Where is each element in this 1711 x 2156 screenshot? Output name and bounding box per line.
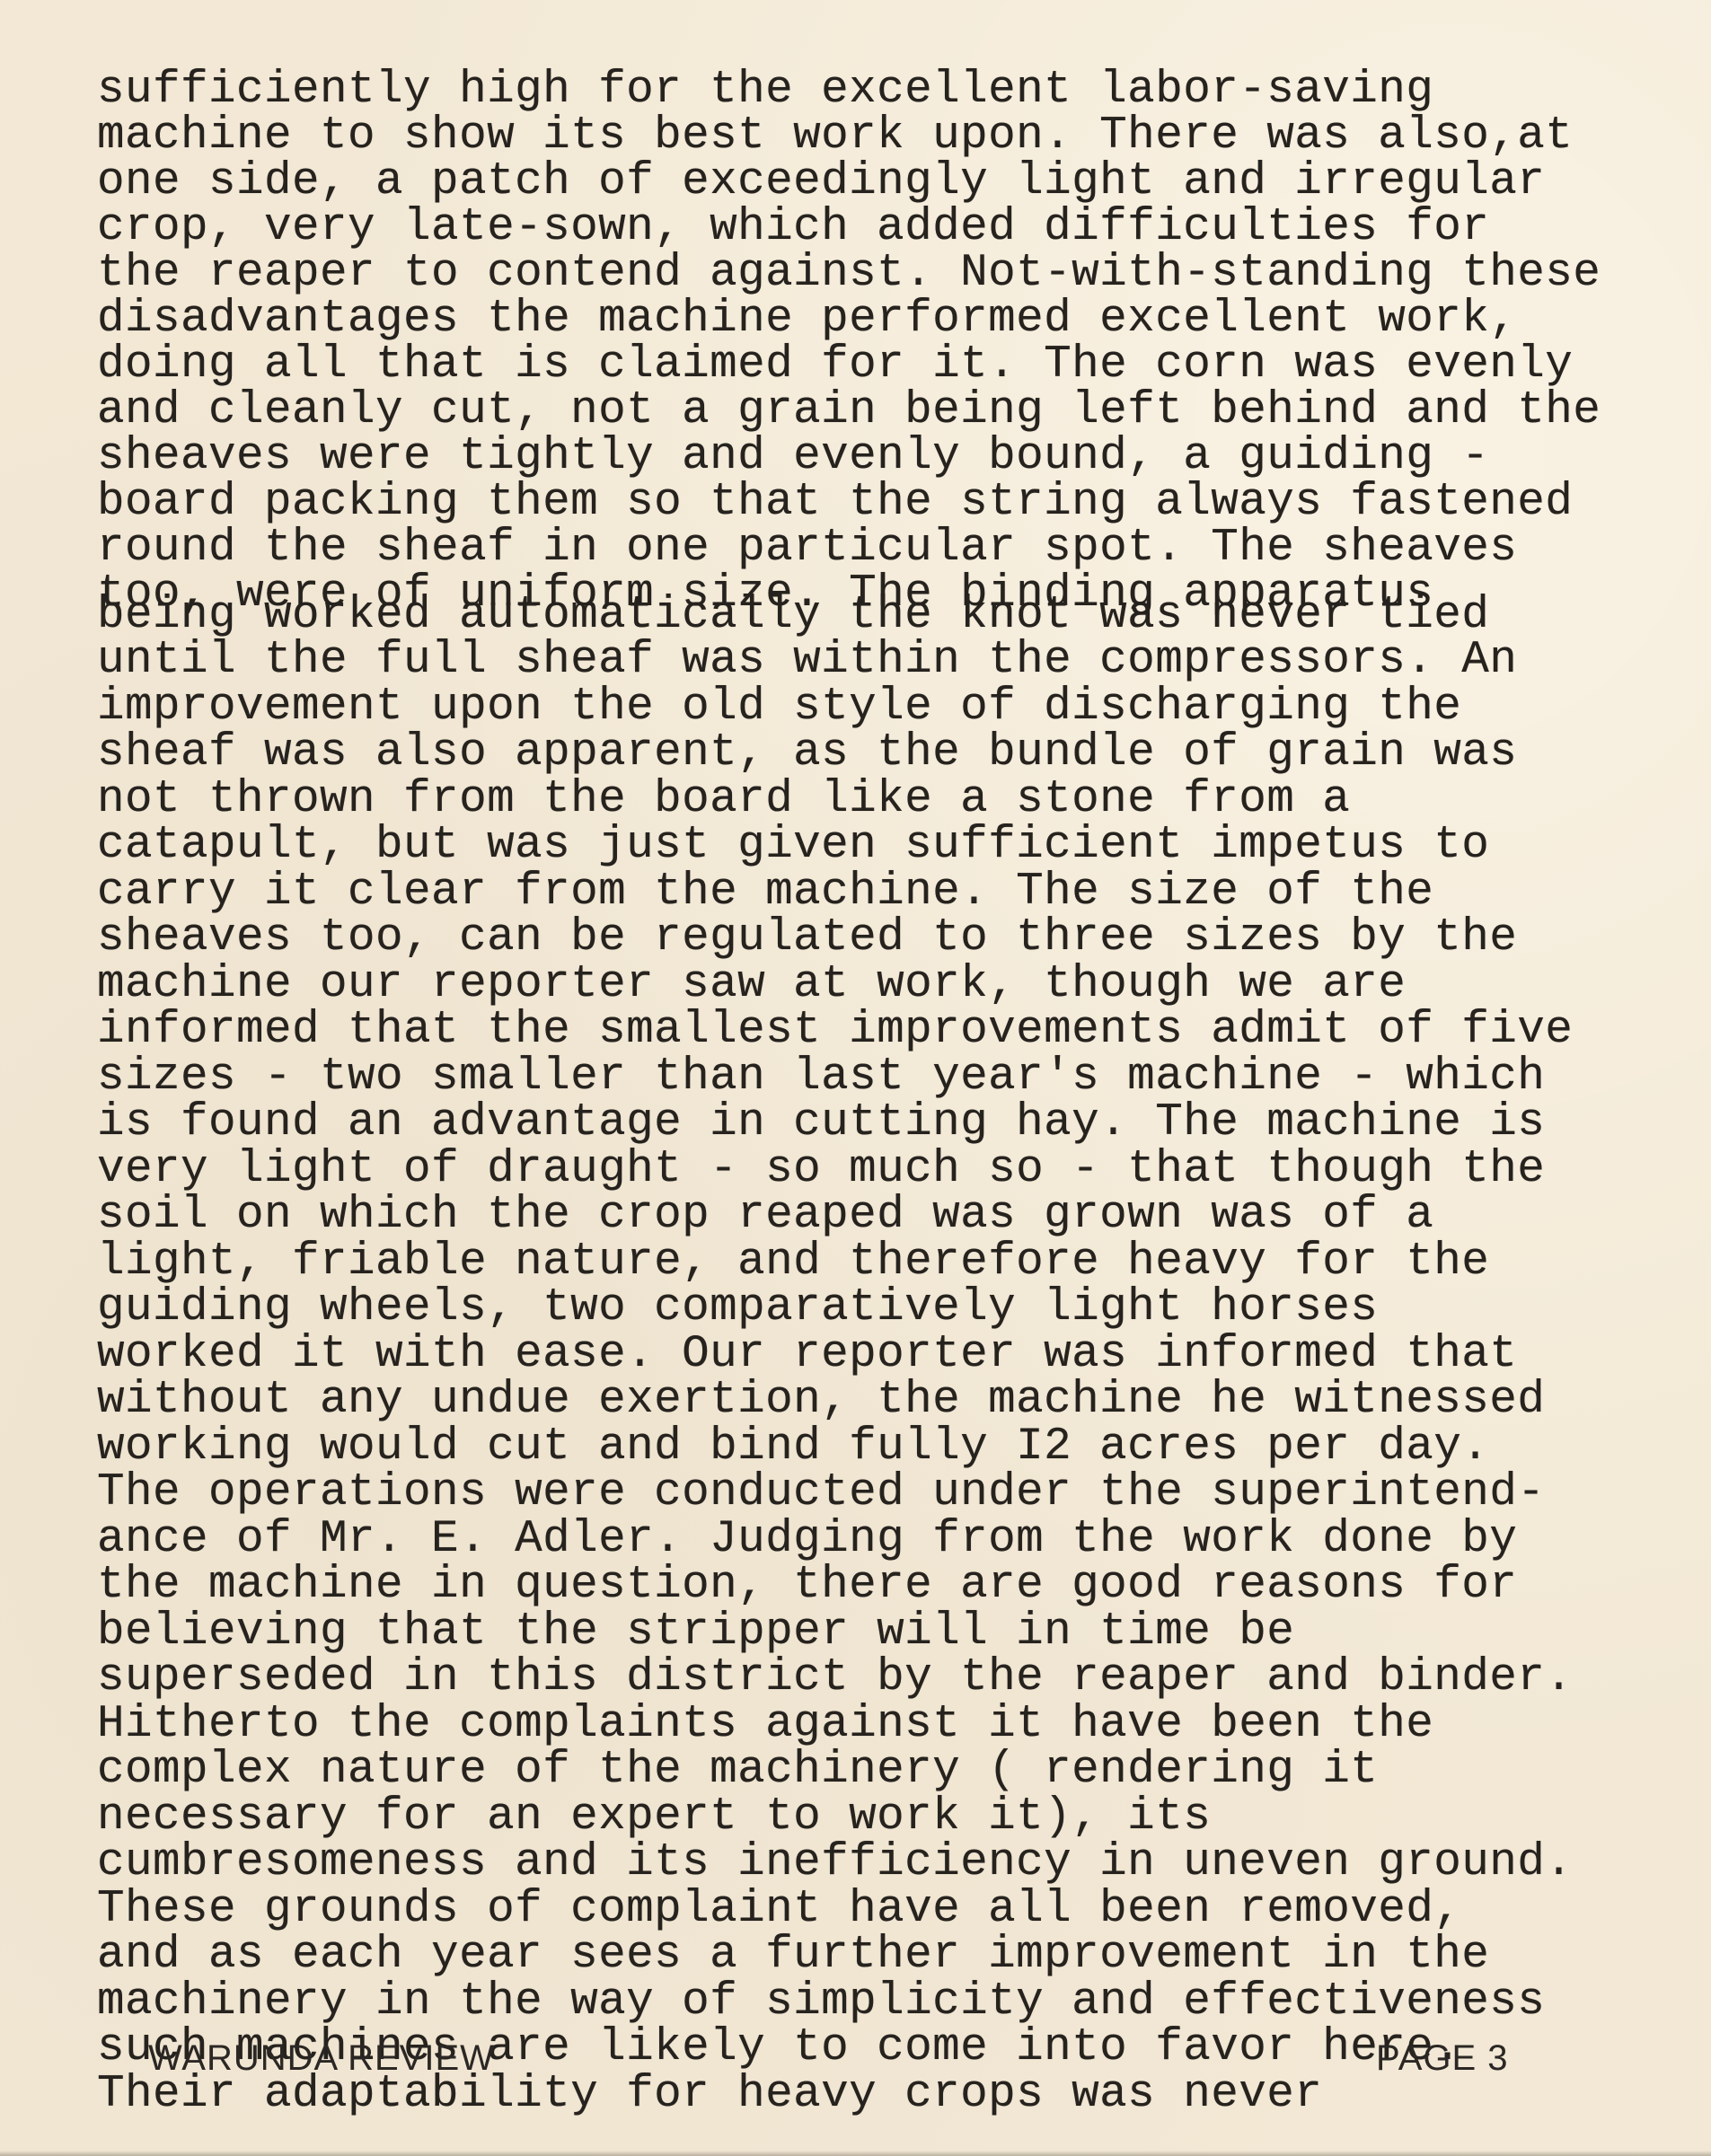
text-line: worked it with ease. Our reporter was in… (97, 1332, 1517, 1377)
text-line: machine our reporter saw at work, though… (97, 962, 1406, 1008)
text-line: one side, a patch of exceedingly light a… (97, 159, 1545, 205)
text-line: being worked automatically the knot was … (97, 593, 1489, 638)
text-line: Their adaptability for heavy crops was n… (97, 2072, 1322, 2117)
text-line: ance of Mr. E. Adler. Judging from the w… (97, 1517, 1517, 1562)
text-line: These grounds of complaint have all been… (97, 1887, 1461, 1932)
text-line: crop, very late-sown, which added diffic… (97, 205, 1489, 251)
text-line: guiding wheels, two comparatively light … (97, 1285, 1378, 1331)
text-line: until the full sheaf was within the comp… (97, 638, 1517, 683)
text-line: believing that the stripper will in time… (97, 1609, 1294, 1655)
text-line: the reaper to contend against. Not-with-… (97, 251, 1601, 296)
text-line: working would cut and bind fully I2 acre… (97, 1424, 1489, 1470)
text-line: superseded in this district by the reape… (97, 1655, 1573, 1701)
text-line: sufficiently high for the excellent labo… (97, 67, 1433, 113)
text-line: and cleanly cut, not a grain being left … (97, 388, 1601, 434)
text-line: sizes - two smaller than last year's mac… (97, 1054, 1545, 1100)
text-line: sheaves too, can be regulated to three s… (97, 915, 1517, 961)
page-number: PAGE 3 (1376, 2040, 1509, 2076)
text-line: light, friable nature, and therefore hea… (97, 1239, 1489, 1285)
text-line: improvement upon the old style of discha… (97, 684, 1461, 730)
text-line: very light of draught - so much so - tha… (97, 1147, 1545, 1192)
text-line: cumbresomeness and its inefficiency in u… (97, 1840, 1573, 1886)
text-line: the machine in question, there are good … (97, 1562, 1517, 1608)
text-line: informed that the smallest improvements … (97, 1008, 1573, 1053)
text-line: is found an advantage in cutting hay. Th… (97, 1100, 1545, 1146)
text-line: not thrown from the board like a stone f… (97, 777, 1350, 823)
text-line: soil on which the crop reaped was grown … (97, 1192, 1433, 1238)
text-line: machinery in the way of simplicity and e… (97, 1979, 1545, 2025)
text-line: doing all that is claimed for it. The co… (97, 342, 1573, 388)
text-line: Hitherto the complaints against it have … (97, 1702, 1433, 1747)
publication-title: WARUNDA REVIEW (148, 2040, 495, 2076)
text-line: without any undue exertion, the machine … (97, 1377, 1545, 1423)
text-line: board packing them so that the string al… (97, 480, 1573, 525)
text-line: carry it clear from the machine. The siz… (97, 869, 1433, 915)
text-line: complex nature of the machinery ( render… (97, 1747, 1378, 1793)
text-line: machine to show its best work upon. Ther… (97, 113, 1573, 159)
text-line: round the sheaf in one particular spot. … (97, 525, 1517, 571)
text-line: sheaves were tightly and evenly bound, a… (97, 434, 1489, 480)
text-line: and as each year sees a further improvem… (97, 1932, 1489, 1978)
text-line: necessary for an expert to work it), its (97, 1794, 1211, 1840)
text-line: sheaf was also apparent, as the bundle o… (97, 730, 1517, 776)
text-line: The operations were conducted under the … (97, 1470, 1545, 1516)
text-line: catapult, but was just given sufficient … (97, 823, 1489, 868)
text-line: disadvantages the machine performed exce… (97, 296, 1517, 342)
page-bottom-edge (0, 2151, 1711, 2156)
